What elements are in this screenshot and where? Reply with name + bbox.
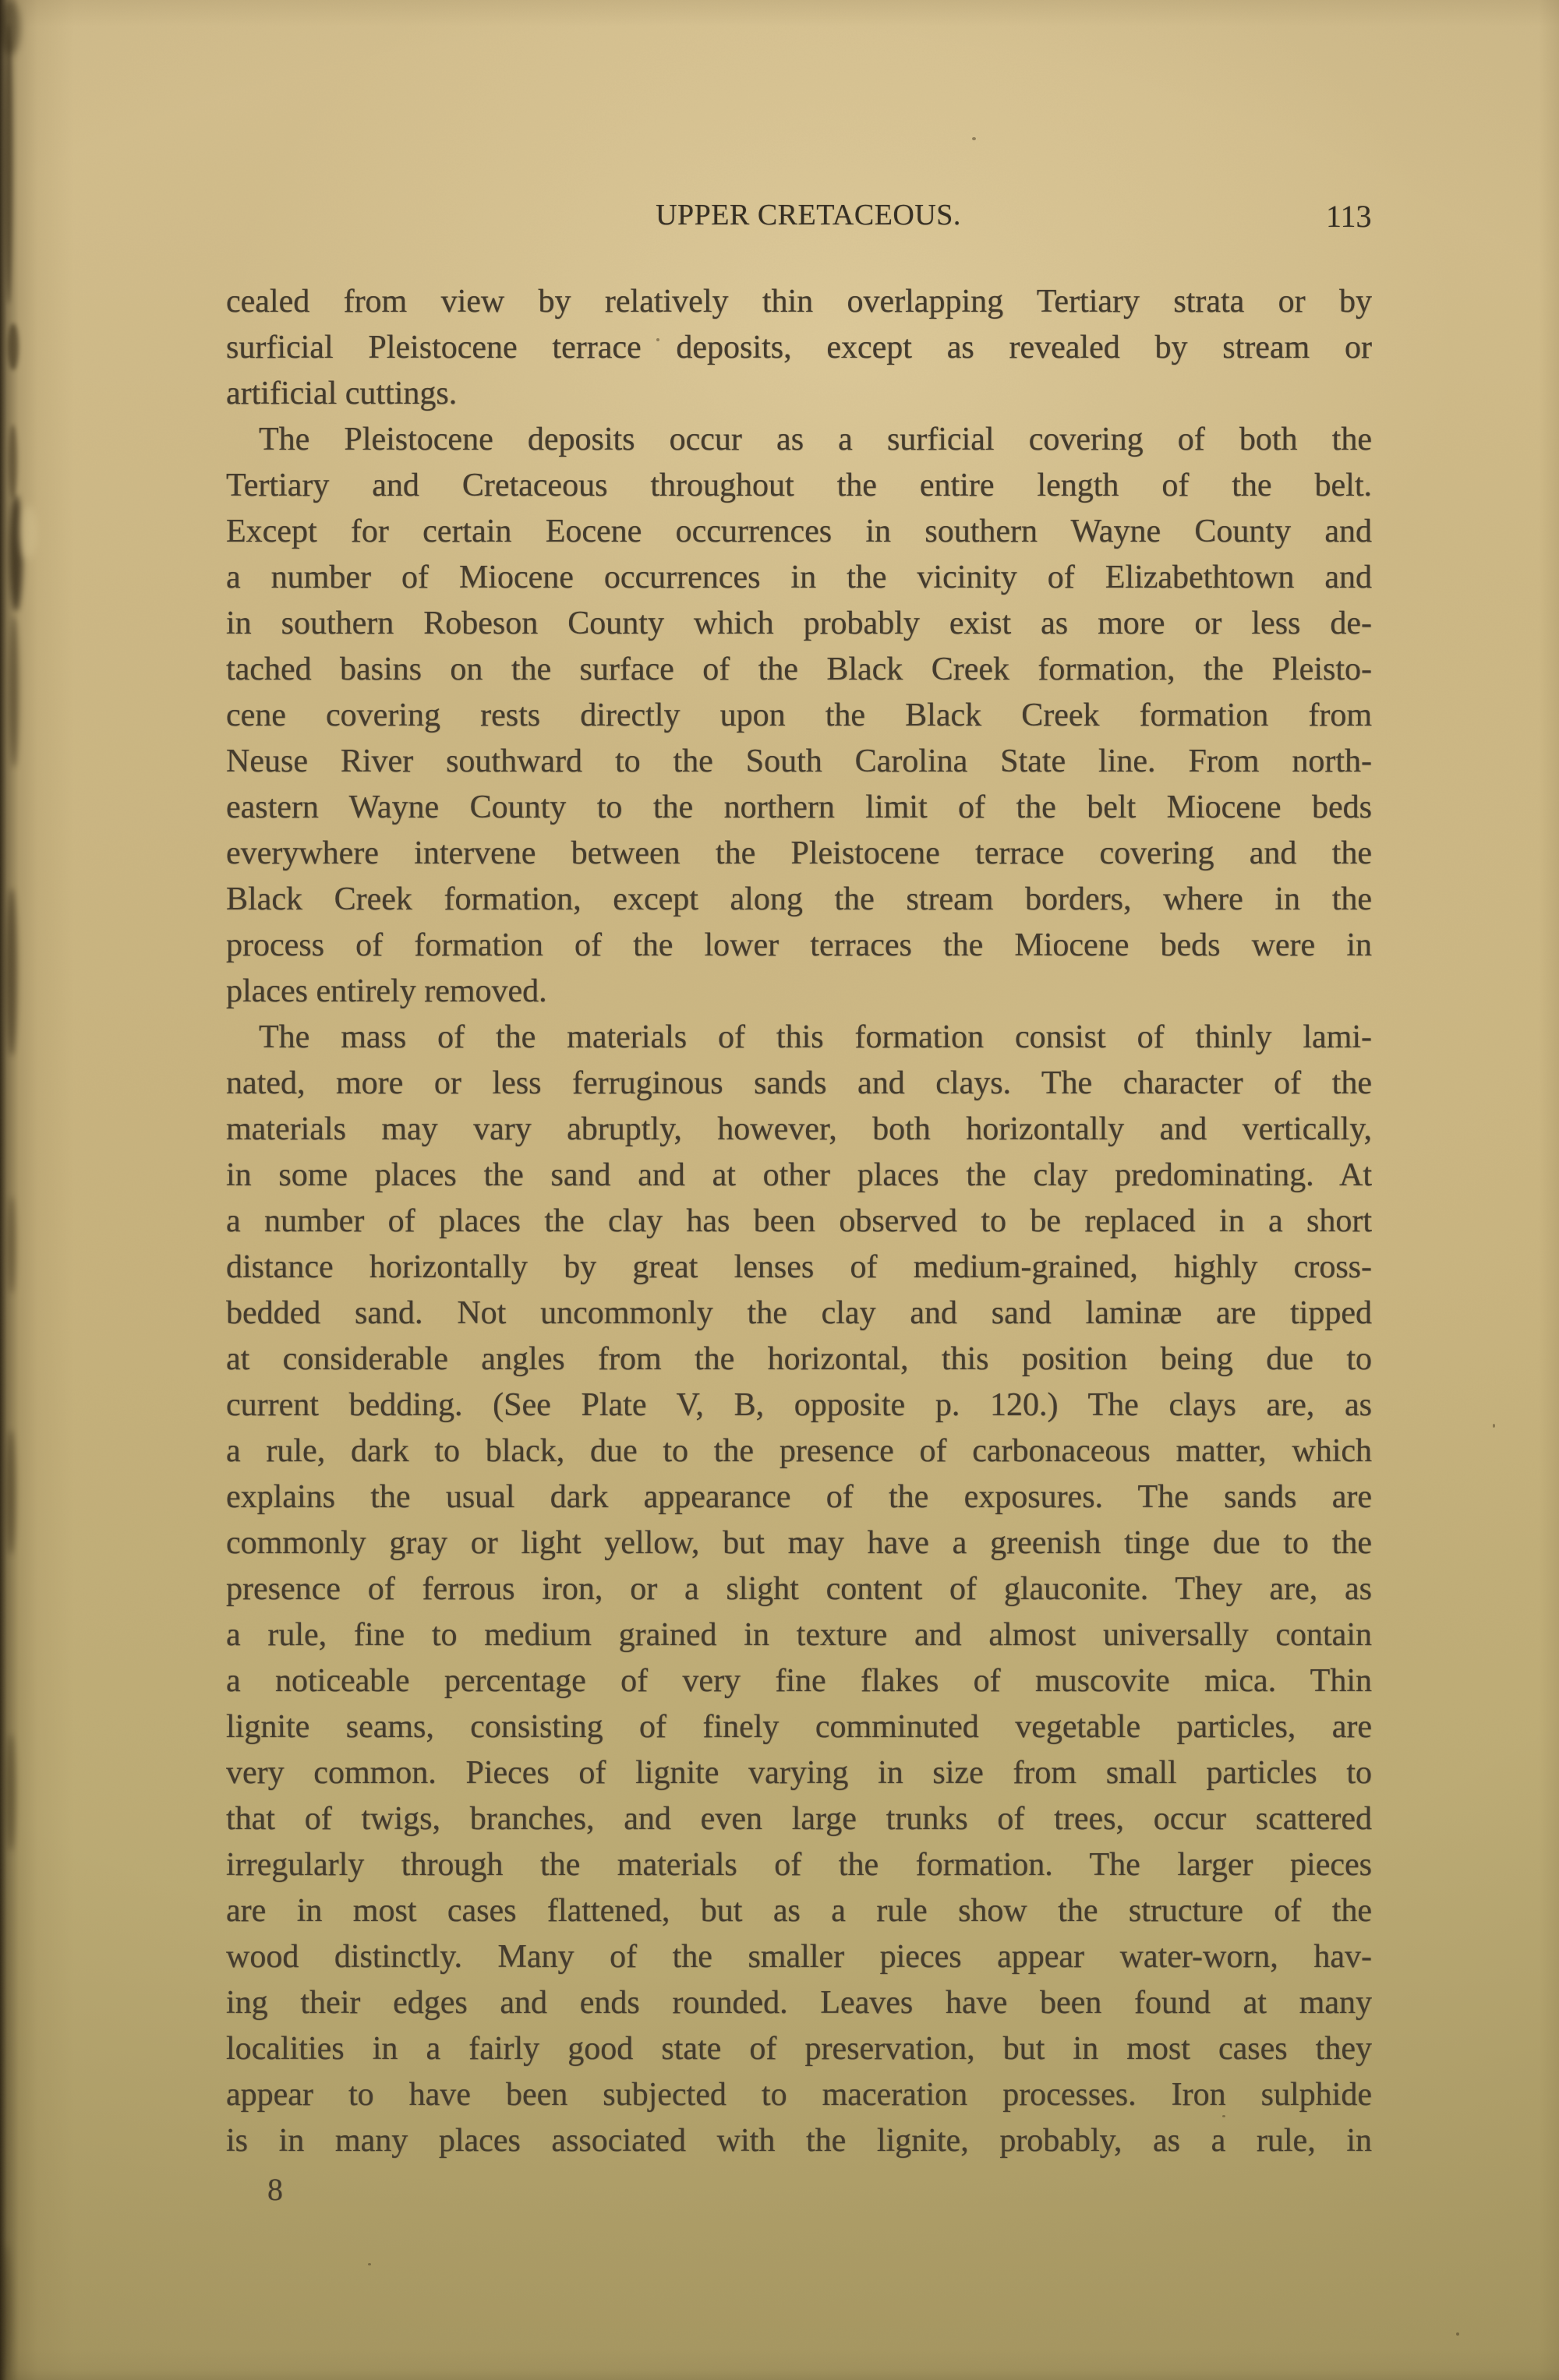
gutter-stain [9,616,19,768]
text-line: places entirely removed. [226,969,1372,1015]
text-line: everywhere intervene between the Pleisto… [226,831,1372,877]
text-line: a noticeable percentage of very fine fla… [226,1658,1372,1704]
text-line: a number of Miocene occurrences in the v… [226,555,1372,601]
text-line: is in many places associated with the li… [226,2118,1372,2164]
dust-speck [368,2263,371,2265]
gutter-stain [6,1430,16,1555]
gutter-stain [9,495,23,612]
text-line: that of twigs, branches, and even large … [226,1796,1372,1842]
text-line: materials may vary abruptly, however, bo… [226,1107,1372,1153]
text-line: distance horizontally by great lenses of… [226,1245,1372,1291]
text-line: Except for certain Eocene occurrences in… [226,509,1372,555]
text-line: The mass of the materials of this format… [226,1015,1372,1061]
gutter-stain [8,1196,16,1294]
text-line: in southern Robeson County which probabl… [226,601,1372,647]
text-line: are in most cases flattened, but as a ru… [226,1888,1372,1934]
gutter-stain [5,23,12,304]
text-line: presence of ferrous iron, or a slight co… [226,1566,1372,1612]
text-line: lignite seams, consisting of finely comm… [226,1704,1372,1750]
text-line: a rule, dark to black, due to the presen… [226,1428,1372,1474]
book-page: UPPER CRETACEOUS. 113 cealed from view b… [0,0,1559,2380]
text-line: Black Creek formation, except along the … [226,877,1372,923]
text-line: explains the usual dark appearance of th… [226,1474,1372,1520]
text-line: eastern Wayne County to the northern lim… [226,785,1372,831]
gutter-stain [8,323,19,370]
gutter-stain [9,425,17,499]
paragraph: The Pleistocene deposits occur as a surf… [226,417,1372,1015]
gutter-stain [6,888,17,1056]
text-line: in some places the sand and at other pla… [226,1153,1372,1199]
paragraph: The mass of the materials of this format… [226,1015,1372,2164]
text-line: surficial Pleistocene terrace deposits, … [226,325,1372,371]
text-line: artificial cuttings. [226,371,1372,417]
gutter-stain [0,2244,11,2380]
text-line: Tertiary and Cretaceous throughout the e… [226,463,1372,509]
text-line: nated, more or less ferruginous sands an… [226,1061,1372,1107]
running-header-title: UPPER CRETACEOUS. [656,200,961,231]
text-line: wood distinctly. Many of the smaller pie… [226,1934,1372,1980]
text-line: cene covering rests directly upon the Bl… [226,693,1372,739]
text-line: bedded sand. Not uncommonly the clay and… [226,1291,1372,1337]
signature-mark: 8 [267,2173,283,2206]
text-line: appear to have been subjected to macerat… [226,2072,1372,2118]
text-line: at considerable angles from the horizont… [226,1337,1372,1382]
text-line: process of formation of the lower terrac… [226,923,1372,969]
text-line: localities in a fairly good state of pre… [226,2026,1372,2072]
dust-speck [1456,2332,1459,2336]
text-line: The Pleistocene deposits occur as a surf… [226,417,1372,463]
text-line: commonly gray or light yellow, but may h… [226,1520,1372,1566]
text-line: very common. Pieces of lignite varying i… [226,1750,1372,1796]
dust-speck [1493,1424,1495,1428]
dust-speck [972,137,976,140]
text-line: ing their edges and ends rounded. Leaves… [226,1980,1372,2026]
gutter-stain [6,1734,16,1851]
paper-chip [20,505,36,560]
text-line: a rule, fine to medium grained in textur… [226,1612,1372,1658]
text-line: tached basins on the surface of the Blac… [226,647,1372,693]
page-body-text: cealed from view by relatively thin over… [226,279,1372,2164]
text-line: irregularly through the materials of the… [226,1842,1372,1888]
text-line: Neuse River southward to the South Carol… [226,739,1372,785]
text-line: cealed from view by relatively thin over… [226,279,1372,325]
page-number: 113 [1326,201,1372,232]
gutter-stain [0,0,20,55]
text-line: current bedding. (See Plate V, B, opposi… [226,1382,1372,1428]
paragraph: cealed from view by relatively thin over… [226,279,1372,417]
text-line: a number of places the clay has been obs… [226,1199,1372,1245]
